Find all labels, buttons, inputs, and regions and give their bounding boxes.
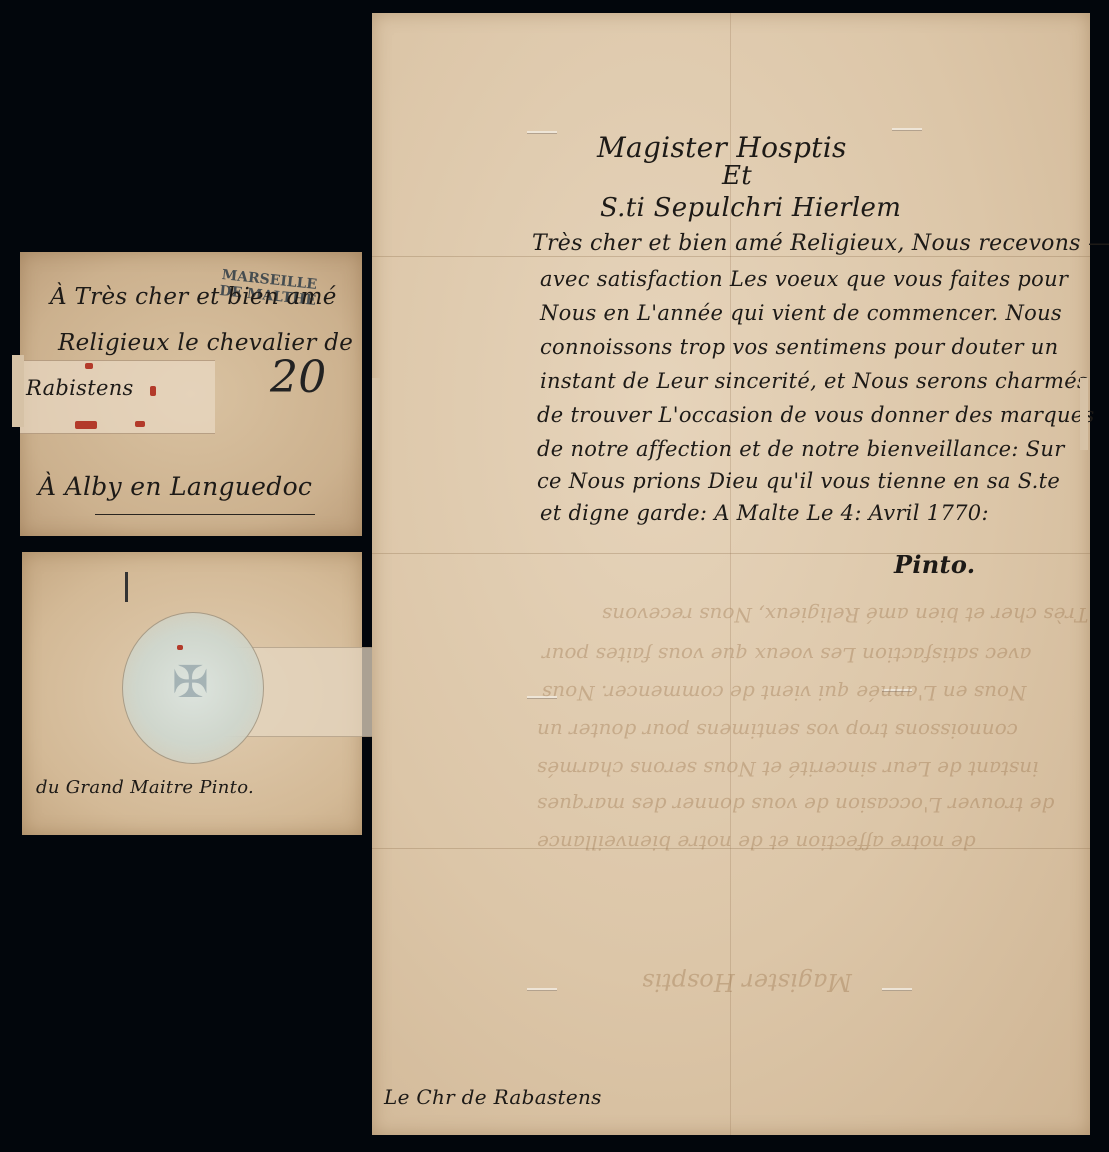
body-line: Nous en L'année qui vient de commencer. … (540, 301, 1062, 325)
underline (95, 514, 315, 515)
fold-line (372, 256, 1090, 257)
wax-fragment-icon (85, 363, 93, 369)
body-line: et digne garde: A Malte Le 4: Avril 1770… (540, 501, 989, 525)
side-tab (1080, 378, 1088, 450)
ghost-line: Nous en L'année qui vient de commencer. … (542, 681, 1027, 705)
wax-fragment-icon (177, 645, 183, 650)
ribbon-slit (892, 128, 922, 131)
body-line: de notre affection et de notre bienveill… (537, 437, 1065, 461)
destination: À Alby en Languedoc (38, 472, 312, 501)
ribbon-slit (527, 988, 557, 991)
ghost-line: de notre affection et de notre bienveill… (537, 831, 976, 855)
body-line: avec satisfaction Les voeux que vous fai… (540, 267, 1068, 291)
ghost-line: avec satisfaction Les voeux que vous fai… (542, 643, 1031, 667)
docket-note: du Grand Maitre Pinto. (36, 777, 254, 798)
ribbon-slit (882, 988, 912, 991)
address-line-3: Rabistens (26, 376, 134, 400)
wax-fragment-icon (135, 421, 145, 427)
address-line-1: À Très cher et bien amé (50, 284, 337, 310)
heading-line-3: S.ti Sepulchri Hierlem (600, 193, 901, 223)
heading-line-1: Magister Hosptis (597, 131, 847, 164)
body-line: de trouver L'occasion de vous donner des… (537, 403, 1095, 427)
side-tab (12, 355, 24, 427)
ghost-line: de trouver L'occasion de vous donner des… (537, 793, 1054, 817)
cover-back: ✠ du Grand Maitre Pinto. (22, 552, 362, 835)
ghost-line: Magister Hosptis (642, 968, 852, 996)
body-line: ce Nous prions Dieu qu'il vous tienne en… (537, 469, 1060, 493)
ghost-line: instant de Leur sincerité et Nous serons… (537, 757, 1039, 781)
wax-fragment-icon (150, 386, 156, 396)
body-line: connoissons trop vos sentimens pour dout… (540, 335, 1058, 359)
rate-marking: 20 (270, 352, 327, 403)
heading-line-2: Et (722, 161, 752, 191)
ribbon-slit (527, 131, 557, 134)
addressee-footer: Le Chr de Rabastens (384, 1085, 602, 1109)
ghost-line: Très cher et bien amé Religieux, Nous re… (602, 603, 1088, 627)
wax-fragment-icon (75, 421, 97, 429)
ghost-line: connoissons trop vos sentimens pour dout… (537, 719, 1018, 743)
ink-mark (125, 572, 128, 602)
body-line: instant de Leur sincerité, et Nous seron… (540, 369, 1088, 393)
cover-front: MARSEILLE DE MALTHE À Très cher et bien … (20, 252, 362, 536)
side-tab (372, 378, 380, 450)
cross-emblem-icon: ✠ (172, 657, 209, 708)
letter-sheet: Magister Hosptis Et S.ti Sepulchri Hierl… (372, 13, 1090, 1135)
fold-line (372, 553, 1090, 554)
body-line: Très cher et bien amé Religieux, Nous re… (532, 231, 1109, 256)
signature: Pinto. (894, 550, 975, 579)
